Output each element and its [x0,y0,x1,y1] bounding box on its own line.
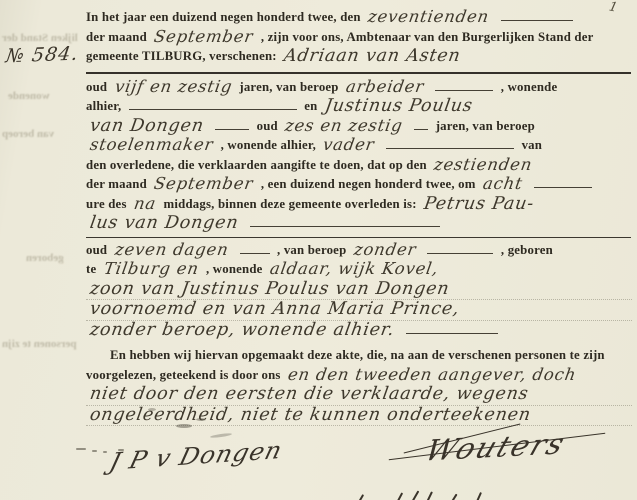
bleed-through-text: geboren [26,252,64,264]
declarants-line-8: lus van Dongen [86,214,632,234]
bleed-through-text: personen te zijn [2,338,77,350]
handwritten-residence: aldaar, wijk Kovel, [269,260,440,278]
handwritten-month: September [153,28,255,46]
handwritten-declarant1-name: Adriaan van Asten [283,47,462,65]
printed-text: , een duizend negen honderd twee, om [261,177,476,191]
ink-smudge [76,448,86,450]
declarants-line-3: van Dongen oud zes en zestig jaren, van … [86,117,632,137]
deceased-line-4: voornoemd en van Anna Maria Prince, [86,300,632,321]
intro-line-3: gemeente TILBURG, verschenen: Adriaan va… [86,47,632,67]
printed-text: jaren, van beroep [239,80,338,94]
bleed-through-text: van beroep [2,128,54,140]
blank-rule [534,183,592,188]
blank-rule [501,16,573,21]
printed-text: , van beroep [277,243,346,257]
printed-text: En hebben wij hiervan opgemaakt deze akt… [110,348,605,362]
handwritten-death-day: zestienden [433,156,534,174]
printed-text: der maand [86,30,147,44]
handwritten-closing-note: en den tweeden aangever, doch [287,366,578,384]
handwritten-deceased-name: Petrus Pau- [423,195,536,213]
printed-text: gemeente TILBURG, verschenen: [86,49,277,63]
printed-text: , wonende [501,80,558,94]
ink-smudge [210,432,232,438]
printed-text: der maand [86,177,147,191]
printed-text: oud [86,243,107,257]
handwritten-occupation1: arbeider [345,78,426,96]
handwritten-declarant2-name: Justinus Poulus [323,97,474,115]
blank-rule [250,222,440,227]
intro-line-1: In het jaar een duizend negen honderd tw… [86,8,632,28]
cutoff-handwriting-stroke [358,494,364,500]
death-certificate-scan: lijken Stand der wonende van beroep gebo… [0,0,637,500]
ink-smudge [176,424,192,428]
handwritten-parents: voornoemd en van Anna Maria Prince, [89,300,461,318]
closing-line-4: ongeleerdheid, niet te kunnen onderteeke… [86,406,632,427]
handwritten-death-month: September [153,175,255,193]
printed-text: van [522,138,543,152]
cutoff-handwriting-stroke [476,492,482,500]
handwritten-deceased-age: zeven dagen [113,241,229,259]
printed-text: ure des [86,197,127,211]
printed-text: jaren, van beroep [436,119,535,133]
blank-rule [414,125,428,130]
declarants-line-5: den overledene, die verklaarden aangifte… [86,156,632,176]
bleed-through-text: wonende [8,90,50,102]
blank-rule [215,125,249,130]
printed-text: oud [257,119,278,133]
deceased-line-3: zoon van Justinus Poulus van Dongen [86,280,632,301]
printed-text: alhier, [86,99,121,113]
printed-text: , wonende alhier, [221,138,316,152]
ink-smudge [92,450,97,452]
blank-rule [427,249,493,254]
deceased-line-1: oud zeven dagen , van beroep zonder , ge… [86,241,632,261]
signature-registrar: Wouters [421,426,571,467]
declarants-line-1: oud vijf en zestig jaren, van beroep arb… [86,78,632,98]
cutoff-handwriting-stroke [395,492,403,500]
handwritten-hour: acht [482,175,524,193]
printed-text: en [304,99,317,113]
printed-text: In het jaar een duizend negen honderd tw… [86,10,361,24]
handwritten-deceased-name: lus van Dongen [89,214,240,232]
declarants-line-4: stoelenmaker , wonende alhier, vader van [86,136,632,156]
printed-text: voorgelezen, geteekend is door ons [86,368,281,382]
declarants-line-7: ure des na middags, binnen deze gemeente… [86,195,632,215]
blank-rule [240,249,270,254]
closing-line-1: En hebben wij hiervan opgemaakt deze akt… [86,346,632,366]
ink-smudge [103,451,107,453]
section-divider [86,72,631,74]
declarants-line-2: alhier, en Justinus Poulus [86,97,632,117]
handwritten-parents: zonder beroep, wonende alhier. [89,321,396,339]
signature-declarant: J P v Dongen [107,436,286,476]
handwritten-birthplace: Tilburg en [102,260,200,278]
handwritten-daypart: na [133,195,158,213]
act-text-block: In het jaar een duizend negen honderd tw… [86,8,632,426]
closing-line-2: voorgelezen, geteekend is door ons en de… [86,366,632,386]
handwritten-occupation2: stoelenmaker [89,136,215,154]
deceased-line-2: te Tilburg en , wonende aldaar, wijk Kov… [86,260,632,280]
declarants-line-6: der maand September , een duizend negen … [86,175,632,195]
printed-text: oud [86,80,107,94]
cutoff-handwriting-stroke [448,494,457,500]
blank-rule [129,105,297,110]
ink-smudge [196,418,206,421]
intro-line-2: der maand September , zijn voor ons, Amb… [86,28,632,48]
printed-text: middags, binnen deze gemeente overleden … [164,197,417,211]
handwritten-age1: vijf en zestig [113,78,233,96]
blank-rule [386,144,514,149]
handwritten-deceased-occupation: zonder [352,241,417,259]
handwritten-closing-note: niet door den eersten die verklaarde, we… [89,385,530,403]
deceased-line-5: zonder beroep, wonende alhier. [86,321,632,341]
printed-text: te [86,262,96,276]
blank-rule [435,86,493,91]
printed-text: , wonende [206,262,263,276]
printed-text: , geboren [501,243,553,257]
ink-smudge [148,408,156,411]
closing-line-3: niet door den eersten die verklaarde, we… [86,385,632,406]
handwritten-relation: vader [322,136,376,154]
cutoff-handwriting-stroke [425,491,433,500]
cutoff-handwriting-stroke [411,490,420,500]
handwritten-declarant2-name: van Dongen [89,117,206,135]
blank-rule [406,329,498,334]
handwritten-date-day: zeventienden [367,8,491,26]
handwritten-age2: zes en zestig [284,117,404,135]
printed-text: , zijn voor ons, Ambtenaar van den Burge… [261,30,594,44]
printed-text: den overledene, die verklaarden aangifte… [86,158,427,172]
act-number: № 584. [4,43,80,68]
section-divider [86,237,631,238]
handwritten-parents: zoon van Justinus Poulus van Dongen [89,280,451,298]
